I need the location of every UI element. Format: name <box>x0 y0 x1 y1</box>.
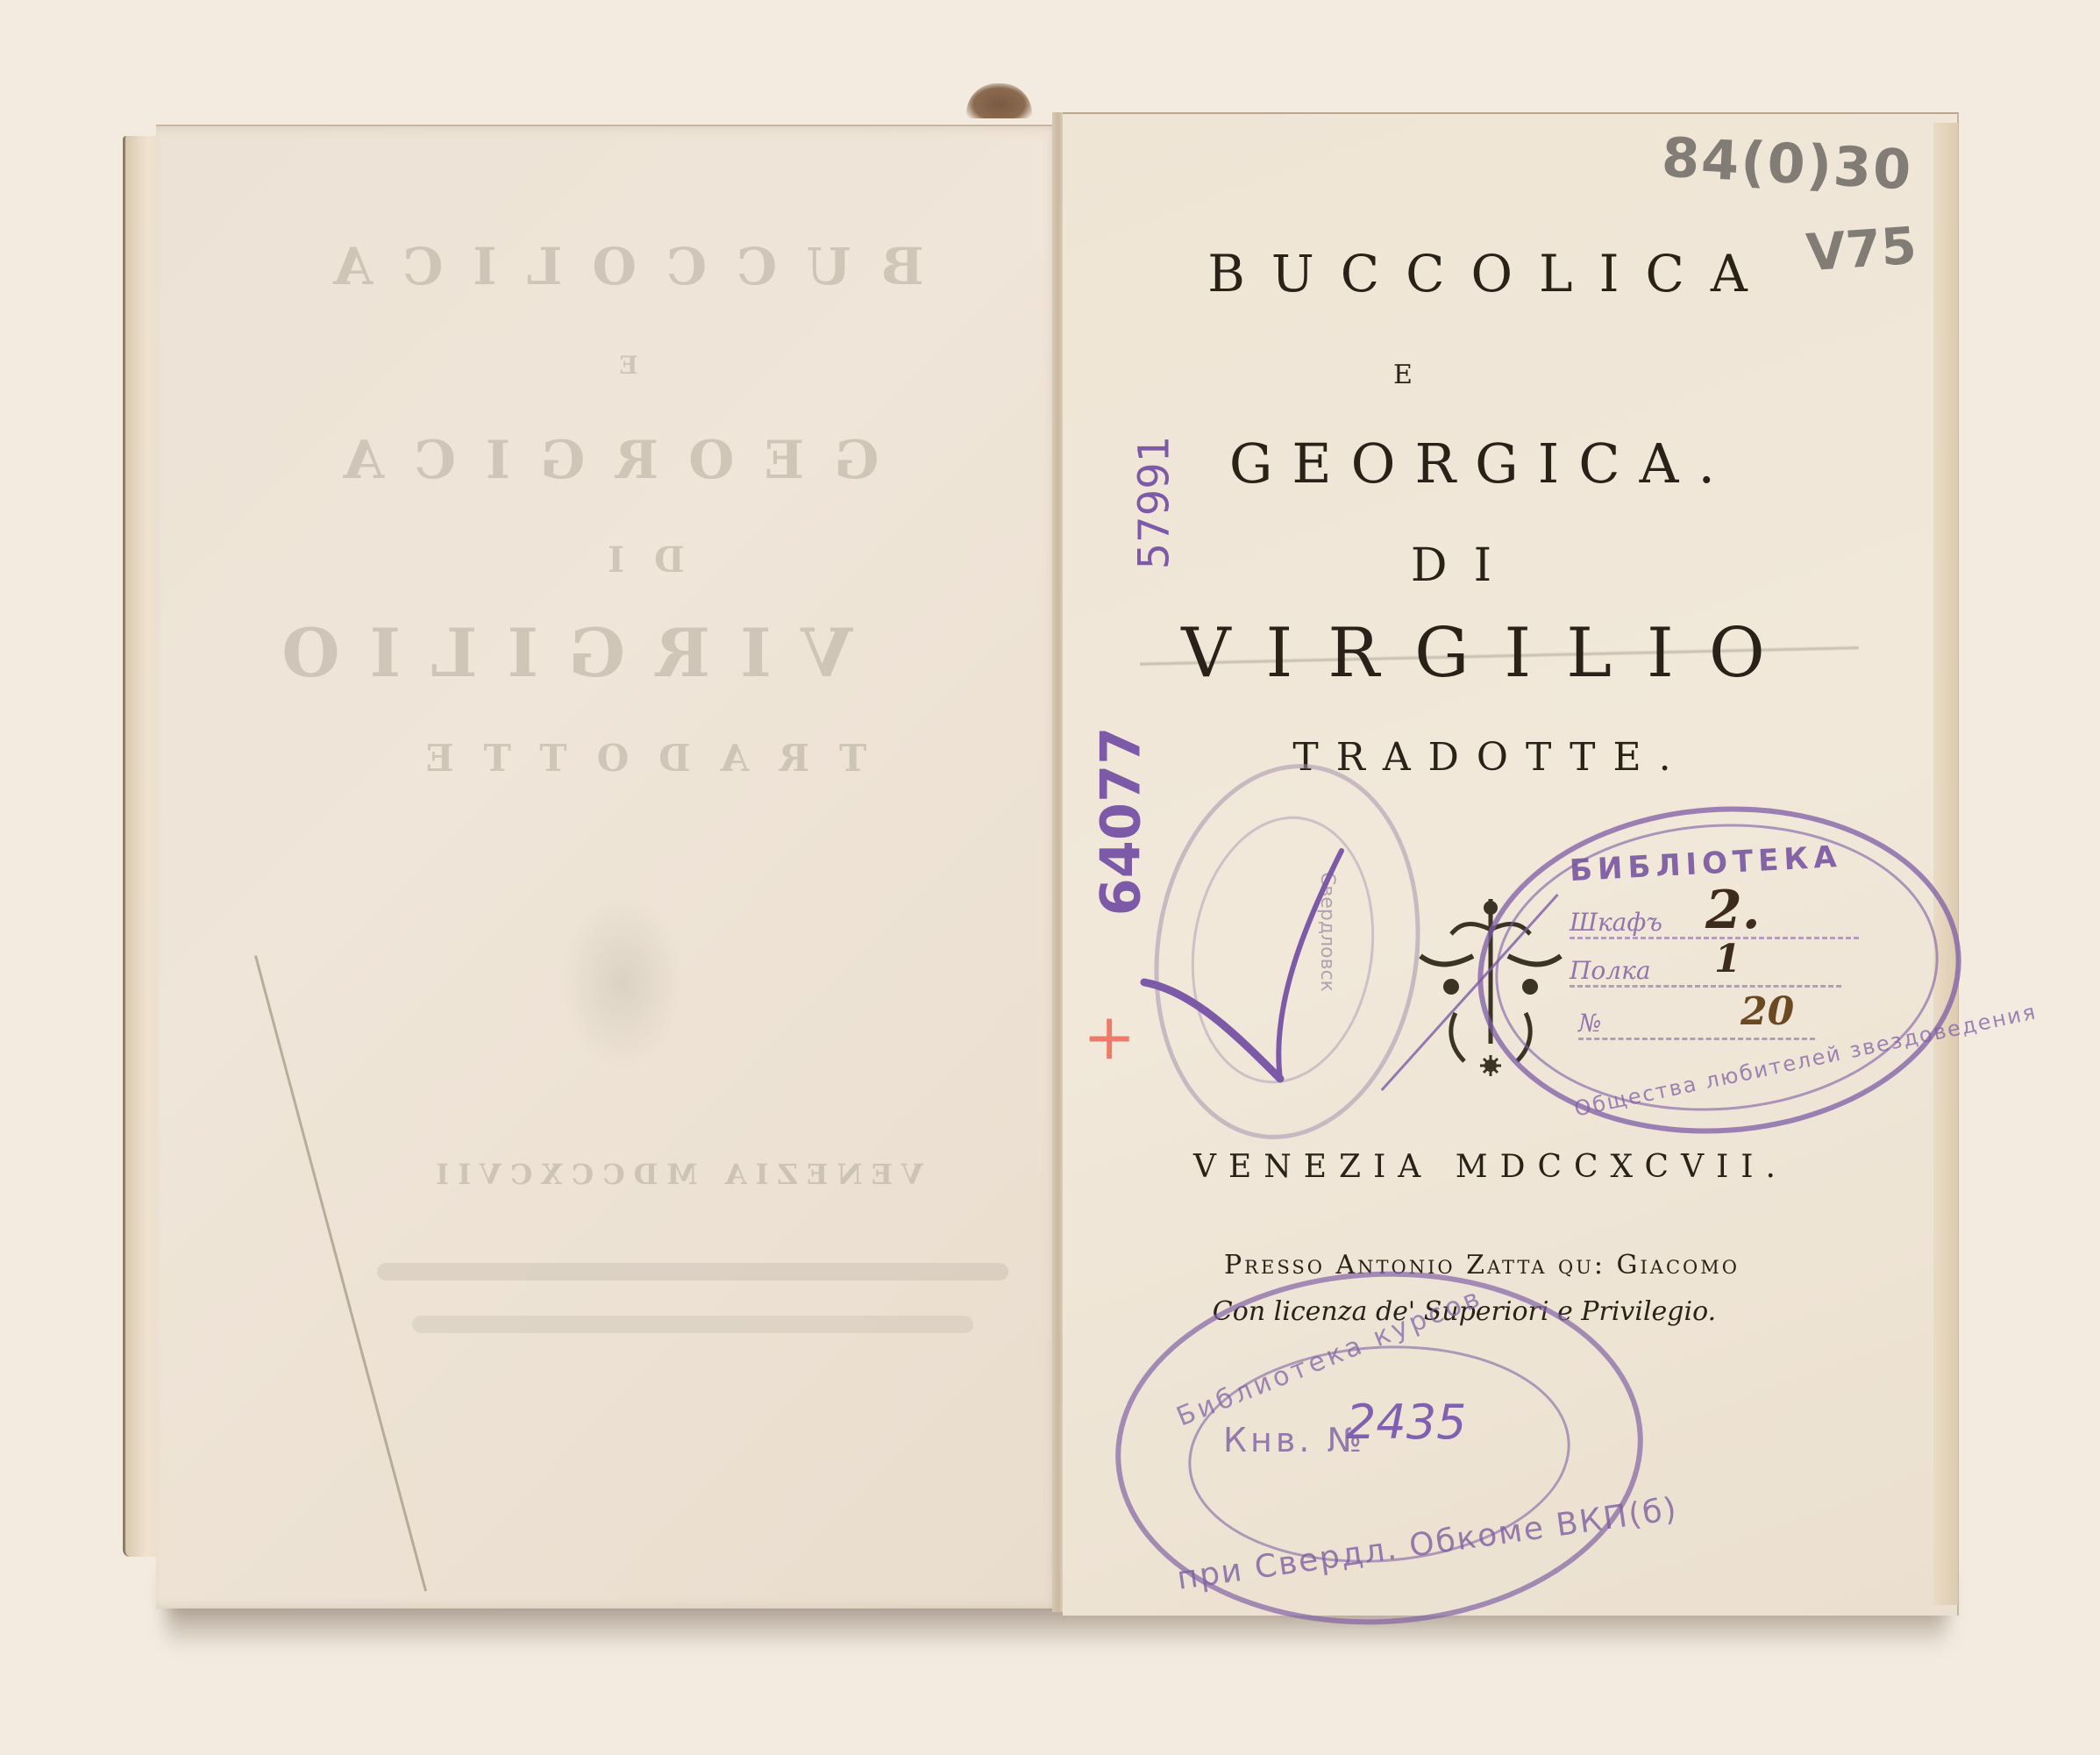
check-mark-icon <box>1140 824 1368 1088</box>
right-page-edges <box>1933 123 1958 1605</box>
show-through-text: E <box>526 351 701 380</box>
show-through-ornament <box>561 895 684 1070</box>
title-conjunction: E <box>1315 360 1491 390</box>
library-stamp-number-value: 20 <box>1741 989 1794 1034</box>
imprint-place-date: VENEZIA MDCCXCVII. <box>1192 1149 1789 1185</box>
course-library-stamp-label: Кнв. № <box>1223 1421 1365 1459</box>
title-georgica: GEORGICA. <box>1210 432 1754 496</box>
show-through-text: VENEZIA MDCCXCVII <box>368 1158 982 1191</box>
show-through-printer-line <box>377 1263 1008 1281</box>
library-stamp-shelf-value: 2. <box>1705 880 1761 941</box>
show-through-text: TRADOTTE <box>386 737 877 780</box>
title-buccolica: BUCCOLICA <box>1140 244 1841 303</box>
red-pencil-cross: + <box>1083 1000 1135 1074</box>
left-page <box>156 125 1059 1609</box>
show-through-text: BUCCOLICA <box>263 237 965 296</box>
title-author: VIRGILIO <box>1131 614 1850 693</box>
show-through-text: DI <box>544 539 719 581</box>
bookmark-ribbon <box>966 83 1032 118</box>
pencil-call-number: 84(0)30 <box>1660 125 1914 203</box>
course-library-stamp-number: 2435 <box>1346 1395 1466 1450</box>
show-through-license-line <box>412 1316 973 1333</box>
show-through-text: VIRGILIO <box>158 614 947 692</box>
imprint-printer: Presso Antonio Zatta qu: Giacomo <box>1140 1250 1824 1281</box>
inventory-number-handwritten: 57991 <box>1129 436 1178 570</box>
library-stamp-row-value: 1 <box>1714 937 1741 981</box>
library-stamp-row-field: Полка <box>1570 956 1841 988</box>
title-di: DI <box>1377 539 1552 592</box>
show-through-text: GEORGICA <box>289 430 903 491</box>
